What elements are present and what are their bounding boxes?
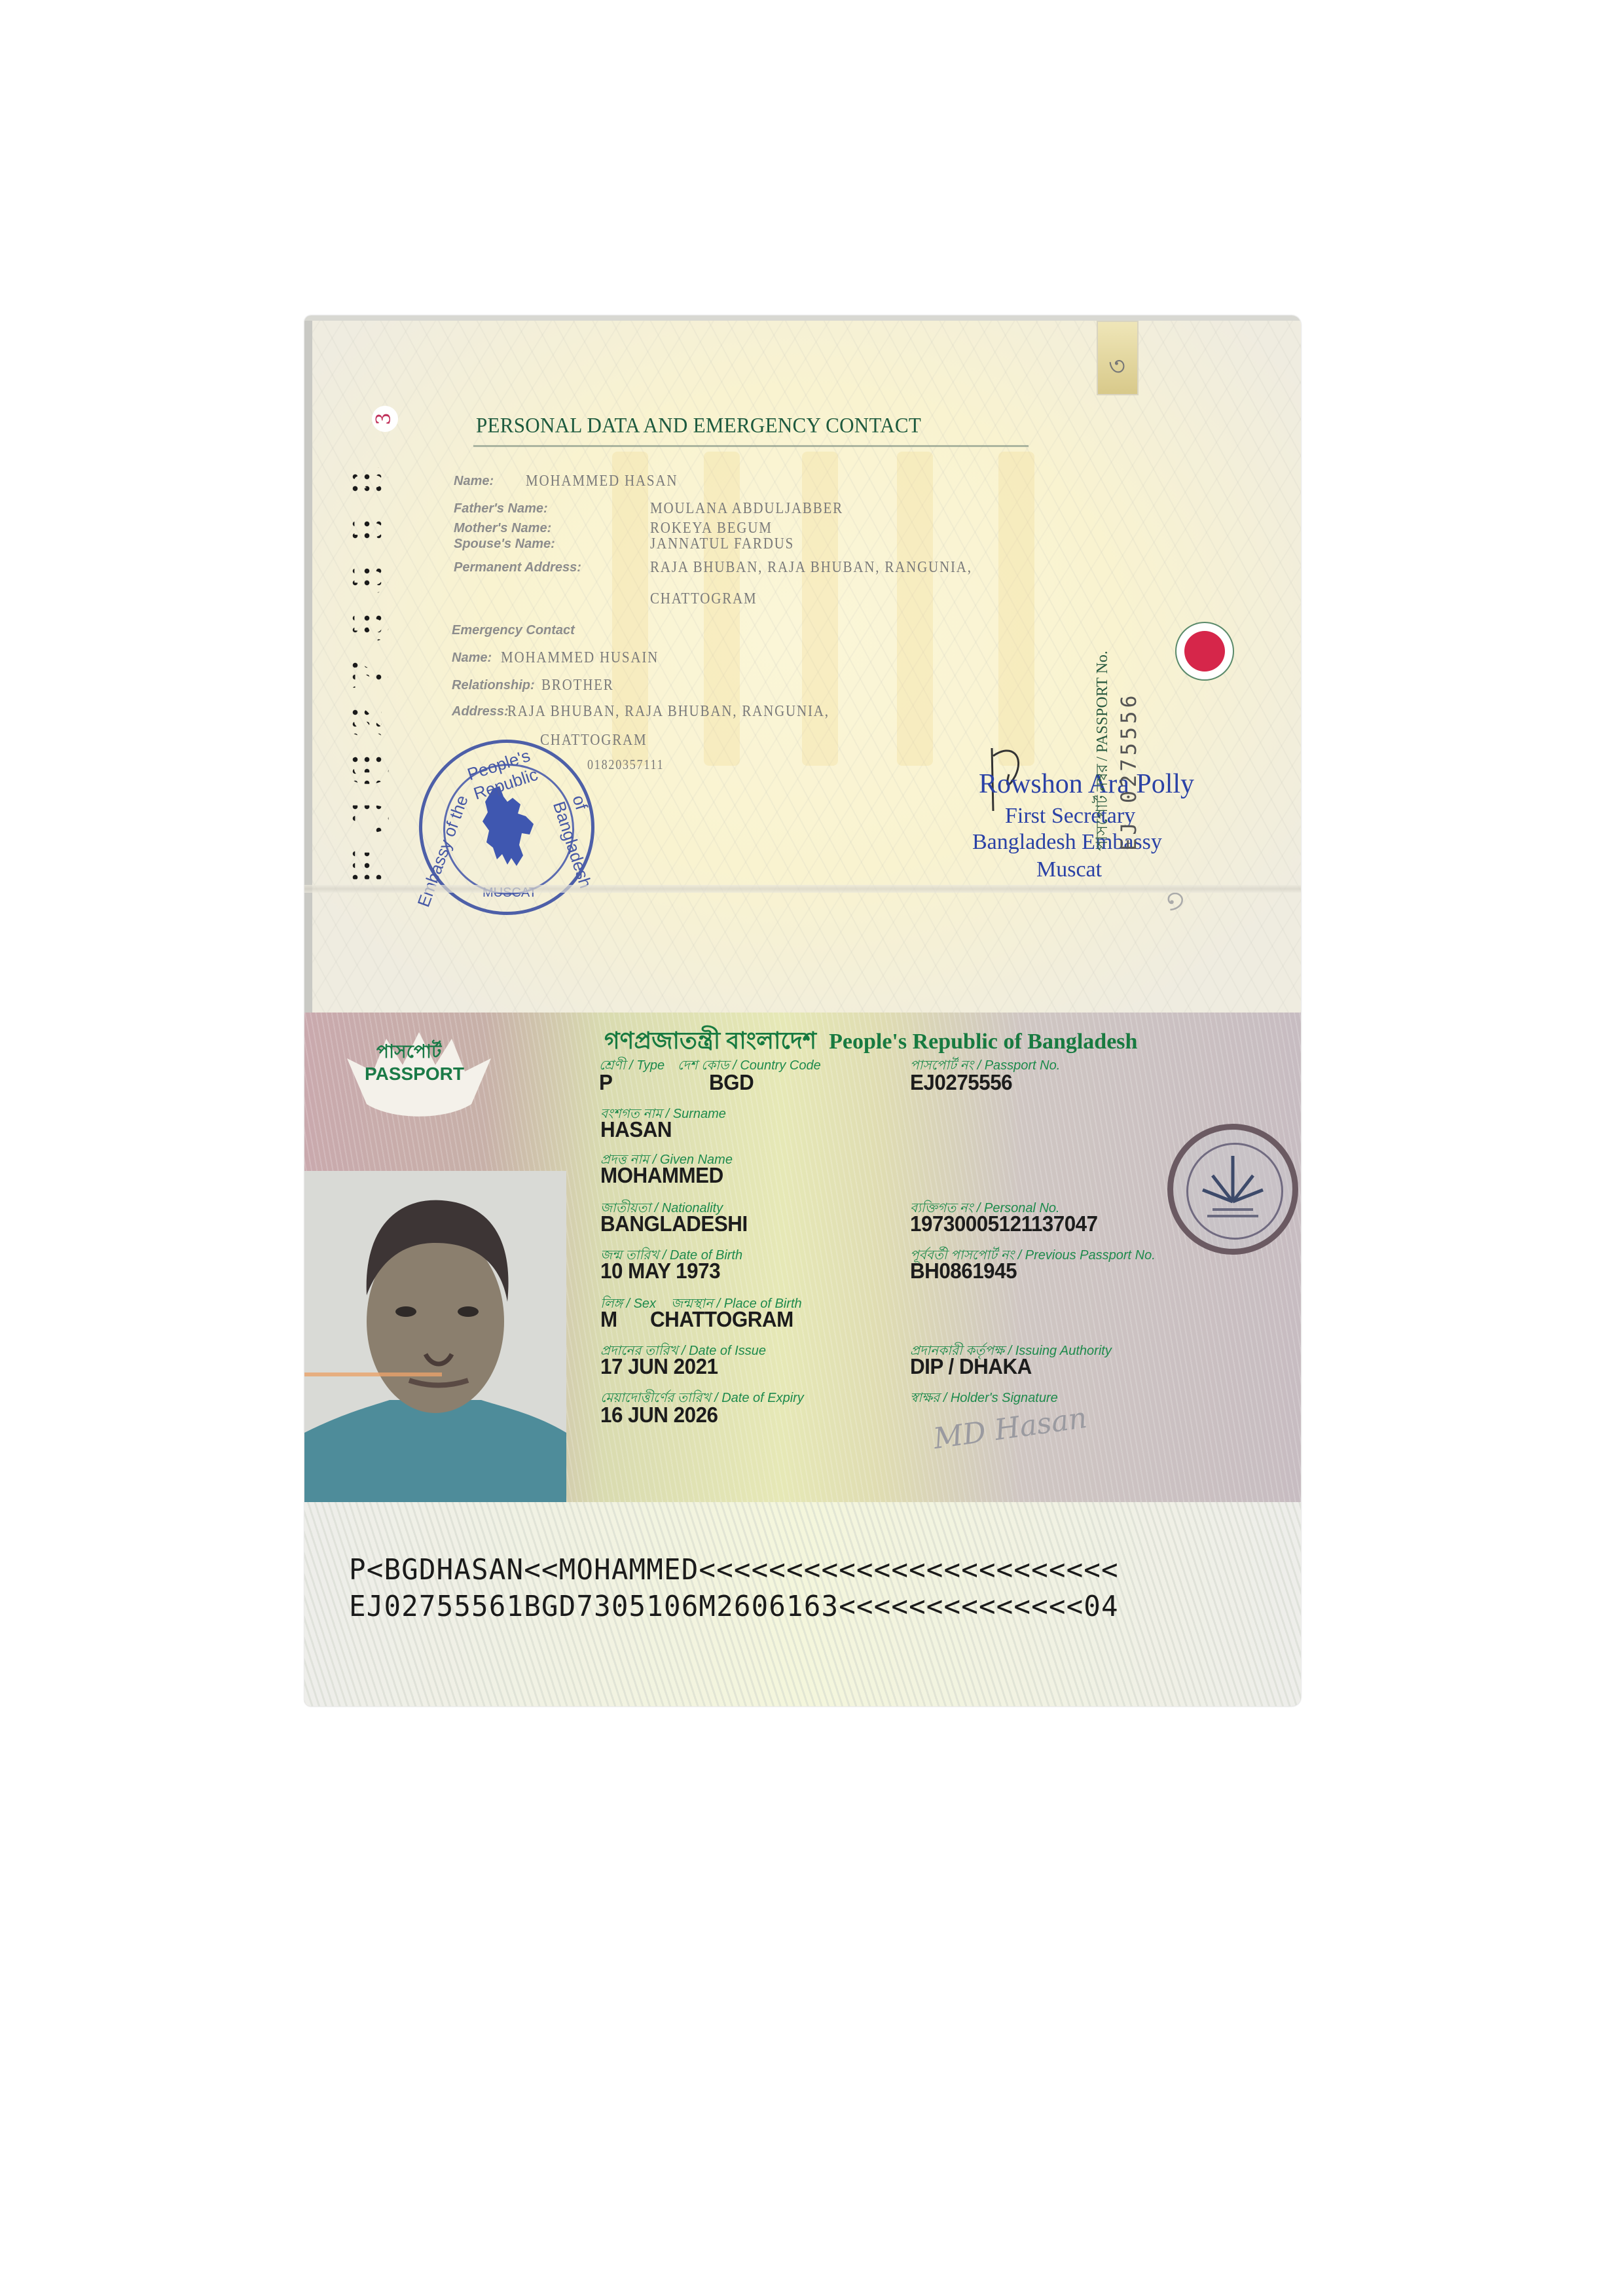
passport-badge-en: PASSPORT <box>365 1064 464 1085</box>
previous-passport-value: BH0861945 <box>910 1259 1017 1283</box>
emergency-telephone: 01820357111 <box>587 757 664 772</box>
name-label: Name: <box>454 474 494 489</box>
father-name-value: MOULANA ABDULJABBER <box>650 499 843 518</box>
father-name-label: Father's Name: <box>454 501 548 516</box>
date-of-issue-value: 17 JUN 2021 <box>600 1354 718 1379</box>
emergency-name-value: MOHAMMED HUSAIN <box>501 648 659 667</box>
government-emblem-icon <box>1175 622 1234 681</box>
mrz-line-1: P<BGDHASAN<<MOHAMMED<<<<<<<<<<<<<<<<<<<<… <box>349 1553 1119 1587</box>
country-code-value: BGD <box>709 1070 754 1095</box>
emblem-red-disc <box>1184 631 1225 672</box>
stamp-ring-bottom: MUSCAT <box>483 886 537 901</box>
water-lily-icon <box>1173 1130 1292 1249</box>
section-title: PERSONAL DATA AND EMERGENCY CONTACT <box>476 413 921 438</box>
page-number-right: ৩ <box>1152 891 1203 912</box>
page-binding-strip <box>304 321 312 1013</box>
watermark-band <box>998 452 1034 766</box>
officer-name: Rowshon Ara Polly <box>979 768 1194 800</box>
side-passport-label-bn: পাসপোর্ট নম্বর <box>1094 764 1111 851</box>
side-passport-number-value: EJ 0275556 <box>1116 692 1141 851</box>
emergency-name-label: Name: <box>452 651 492 666</box>
relationship-label: Relationship: <box>452 678 535 693</box>
issuing-authority-value: DIP / DHAKA <box>910 1354 1032 1379</box>
emergency-address-label: Address: <box>452 704 509 719</box>
name-value: MOHAMMED HASAN <box>526 471 678 490</box>
officer-city: Muscat <box>1036 857 1102 882</box>
perforated-number-text: EJ0275556 <box>338 452 407 884</box>
watermark-band <box>897 452 933 766</box>
embassy-stamp: People's Republic Embassy of the of Bang… <box>419 740 594 915</box>
date-of-birth-value: 10 MAY 1973 <box>600 1259 720 1283</box>
perforated-passport-number: EJ0275556 <box>336 425 408 910</box>
date-of-expiry-value: 16 JUN 2026 <box>600 1403 718 1427</box>
permanent-address-label: Permanent Address: <box>454 560 581 575</box>
nationality-value: BANGLADESHI <box>600 1211 748 1236</box>
permanent-address-line2: CHATTOGRAM <box>650 589 757 608</box>
person-portrait-icon <box>304 1171 566 1505</box>
biodata-page: পাসপোর্ট PASSPORT গণপ্রজাতন্ত্রী বাংলাদে… <box>304 1013 1301 1706</box>
emergency-contact-heading: Emergency Contact <box>452 623 575 638</box>
mother-name-label: Mother's Name: <box>454 521 551 536</box>
personal-data-page: ৩ 3 EJ0275556 PERSONAL DATA AND EMERGENC… <box>304 315 1301 1013</box>
permanent-address-line1: RAJA BHUBAN, RAJA BHUBAN, RANGUNIA, <box>650 558 972 577</box>
spouse-name-value: JANNATUL FARDUS <box>650 534 794 553</box>
passport-no-value: EJ0275556 <box>910 1070 1012 1095</box>
title-divider <box>473 445 1029 447</box>
holder-signature-label: স্বাক্ষর / Holder's Signature <box>910 1388 1058 1410</box>
type-value: P <box>599 1070 612 1095</box>
country-header-en: People's Republic of Bangladesh <box>829 1030 1137 1054</box>
side-passport-number: পাসপোর্ট নম্বর / PASSPORT No. EJ 0275556 <box>1090 651 1116 851</box>
personal-no-value: 19730005121137047 <box>910 1211 1098 1236</box>
side-passport-label-en: / PASSPORT No. <box>1094 651 1111 761</box>
country-header-bn: গণপ্রজাতন্ত্রী বাংলাদেশ <box>604 1028 816 1054</box>
page-number-tab: ৩ <box>1097 321 1139 395</box>
holder-photo <box>304 1171 566 1505</box>
surname-value: HASAN <box>600 1117 672 1142</box>
passport-scan: ৩ 3 EJ0275556 PERSONAL DATA AND EMERGENC… <box>304 315 1301 1706</box>
emergency-address-line1: RAJA BHUBAN, RAJA BHUBAN, RANGUNIA, <box>507 702 830 721</box>
page-number-bn: ৩ <box>1108 346 1125 389</box>
relationship-value: BROTHER <box>541 675 614 694</box>
mrz-line-2: EJ02755561BGD7305106M2606163<<<<<<<<<<<<… <box>349 1590 1119 1623</box>
place-of-birth-value: CHATTOGRAM <box>650 1307 793 1332</box>
sex-value: M <box>600 1307 617 1332</box>
mrz-zone: P<BGDHASAN<<MOHAMMED<<<<<<<<<<<<<<<<<<<<… <box>304 1502 1301 1706</box>
given-name-value: MOHAMMED <box>600 1163 723 1188</box>
spouse-name-label: Spouse's Name: <box>454 537 555 552</box>
national-emblem-seal-icon <box>1167 1124 1298 1255</box>
